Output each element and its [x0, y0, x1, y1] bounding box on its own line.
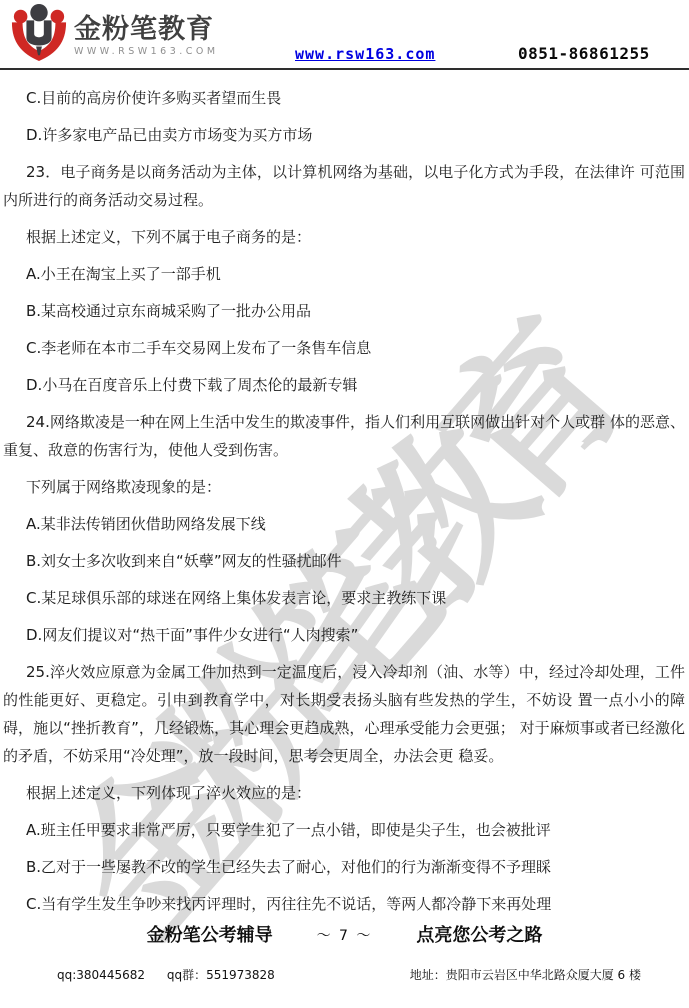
brand-name: 金粉笔教育 [74, 16, 219, 44]
document-body: C.目前的高房价使许多购买者望而生畏D.许多家电产品已由卖方市场变为买方市场23… [0, 70, 689, 918]
brand-logo-text: 金粉笔教育 WWW.RSW163.COM [74, 4, 219, 57]
footer-qq: qq:380445682 [57, 968, 145, 982]
footer-qq-group: qq群：551973828 [167, 968, 275, 982]
footer-brand-row: 金粉笔公考辅导 ～ 7 ～ 点亮您公考之路 [0, 924, 689, 948]
q23-stem: 23．电子商务是以商务活动为主体，以计算机网络为基础，以电子化方式为手段，在法律… [3, 158, 685, 214]
q25-option-a: A.班主任甲要求非常严厉，只要学生犯了一点小错，即使是尖子生，也会被批评 [3, 816, 685, 844]
footer-brand-left: 金粉笔公考辅导 [147, 924, 273, 948]
q23-option-d: D.小马在百度音乐上付费下载了周杰伦的最新专辑 [3, 371, 685, 399]
document-page: 金粉笔教育 金粉笔教育 WWW.RSW163.COM www.rsw163.co… [0, 0, 689, 1008]
footer-contact: qq:380445682 qq群：551973828 [57, 966, 275, 983]
brand-logo: 金粉笔教育 WWW.RSW163.COM [10, 4, 219, 62]
page-header: 金粉笔教育 WWW.RSW163.COM www.rsw163.com 0851… [0, 0, 689, 70]
q24-stem: 24.网络欺凌是一种在网上生活中发生的欺凌事件，指人们利用互联网做出针对个人或群… [3, 408, 685, 464]
phone-number: 0851-86861255 [518, 44, 650, 63]
q23-option-c: C.李老师在本市二手车交易网上发布了一条售车信息 [3, 334, 685, 362]
q24-prompt: 下列属于网络欺凌现象的是： [3, 473, 685, 501]
footer-address: 地址：贵阳市云岩区中华北路众厦大厦 6 楼 [410, 966, 641, 983]
website-link[interactable]: www.rsw163.com [295, 45, 435, 63]
brand-subtitle: WWW.RSW163.COM [74, 46, 219, 57]
footer-page-number: ～ 7 ～ [317, 924, 373, 948]
page-footer: 金粉笔公考辅导 ～ 7 ～ 点亮您公考之路 qq:380445682 qq群：5… [0, 924, 689, 983]
q22-option-d: D.许多家电产品已由卖方市场变为买方市场 [3, 121, 685, 149]
q23-prompt: 根据上述定义，下列不属于电子商务的是： [3, 223, 685, 251]
q25-prompt: 根据上述定义，下列体现了淬火效应的是： [3, 779, 685, 807]
q24-option-c: C.某足球俱乐部的球迷在网络上集体发表言论，要求主教练下课 [3, 584, 685, 612]
q22-option-c: C.目前的高房价使许多购买者望而生畏 [3, 84, 685, 112]
q24-option-b: B.刘女士多次收到来自“妖孽”网友的性骚扰邮件 [3, 547, 685, 575]
brand-logo-icon [10, 4, 68, 62]
q24-option-a: A.某非法传销团伙借助网络发展下线 [3, 510, 685, 538]
q25-option-c: C.当有学生发生争吵来找丙评理时，丙往往先不说话，等两人都冷静下来再处理 [3, 890, 685, 918]
q25-option-b: B.乙对于一些屡教不改的学生已经失去了耐心，对他们的行为渐渐变得不予理睬 [3, 853, 685, 881]
footer-info-row: qq:380445682 qq群：551973828 地址：贵阳市云岩区中华北路… [0, 966, 689, 983]
footer-brand-right: 点亮您公考之路 [416, 924, 542, 948]
q23-option-b: B.某高校通过京东商城采购了一批办公用品 [3, 297, 685, 325]
q23-option-a: A.小王在淘宝上买了一部手机 [3, 260, 685, 288]
q24-option-d: D.网友们提议对“热干面”事件少女进行“人肉搜索” [3, 621, 685, 649]
q25-stem: 25.淬火效应原意为金属工件加热到一定温度后，浸入冷却剂（油、水等）中，经过冷却… [3, 658, 685, 770]
